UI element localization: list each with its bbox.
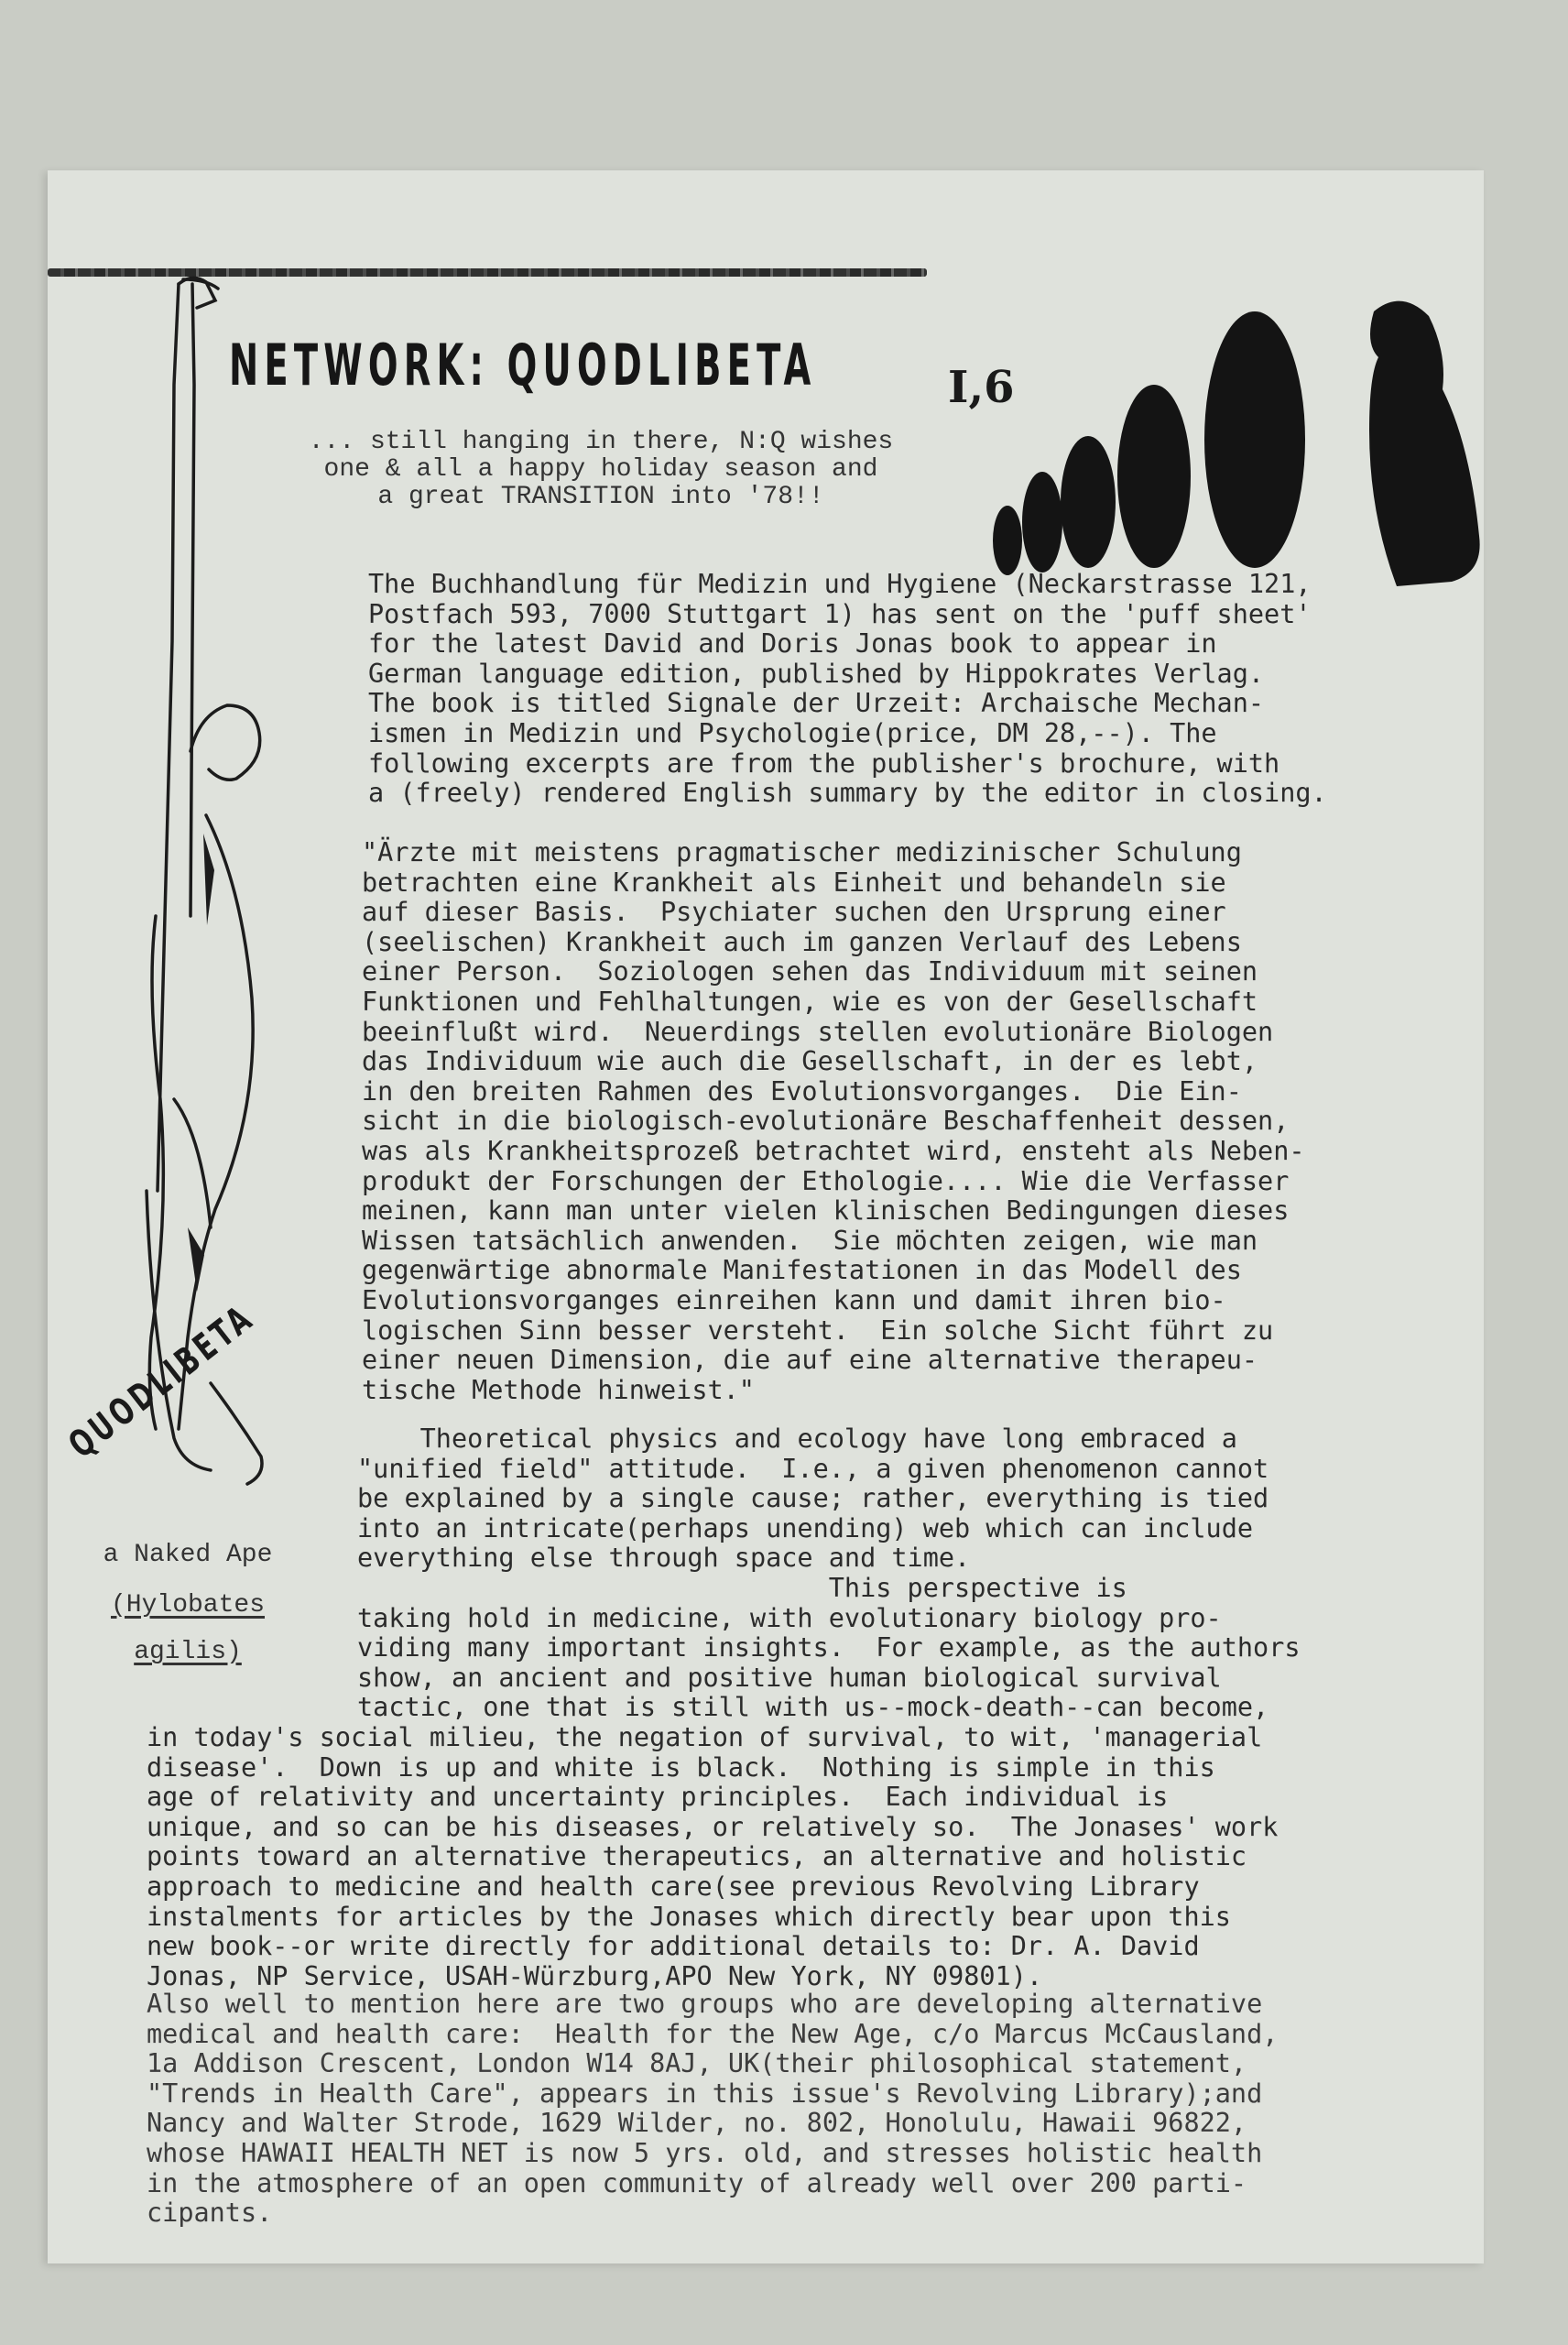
paragraph-bookshop: The Buchhandlung für Medizin und Hygiene… [368,570,1327,809]
page-title: NETWORK: QUODLIBETA [229,332,816,398]
caption-species: agilis) [92,1638,284,1666]
evolving-violinists-illustration [971,275,1502,586]
paragraph-alternative-groups: Also well to mention here are two groups… [147,1990,1278,2229]
issue-number: I,6 [948,362,1015,413]
caption-naked-ape: a Naked Ape [92,1541,284,1569]
paragraph-unified-field-continued: in today's social milieu, the negation o… [147,1723,1278,1991]
caption-genus: (Hylobates [92,1591,284,1620]
paragraph-german-excerpt: "Ärzte mit meistens pragmatischer medizi… [362,838,1305,1405]
holiday-tagline: ... still hanging in there, N:Q wishes o… [253,429,949,511]
paragraph-unified-field: Theoretical physics and ecology have lon… [357,1424,1301,1723]
